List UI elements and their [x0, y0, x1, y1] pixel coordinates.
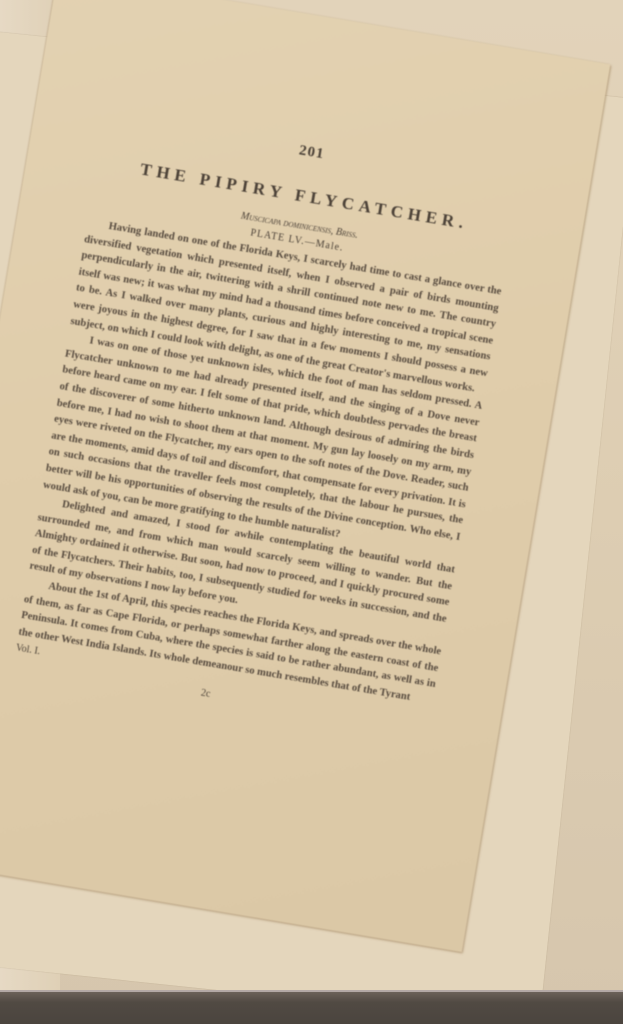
signature-mark: 2c [200, 688, 211, 700]
volume-label: Vol. I. [15, 643, 41, 658]
table-edge [0, 990, 623, 1024]
page-text-block: 201 THE PIPIRY FLYCATCHER. Muscicapa dom… [12, 110, 520, 742]
